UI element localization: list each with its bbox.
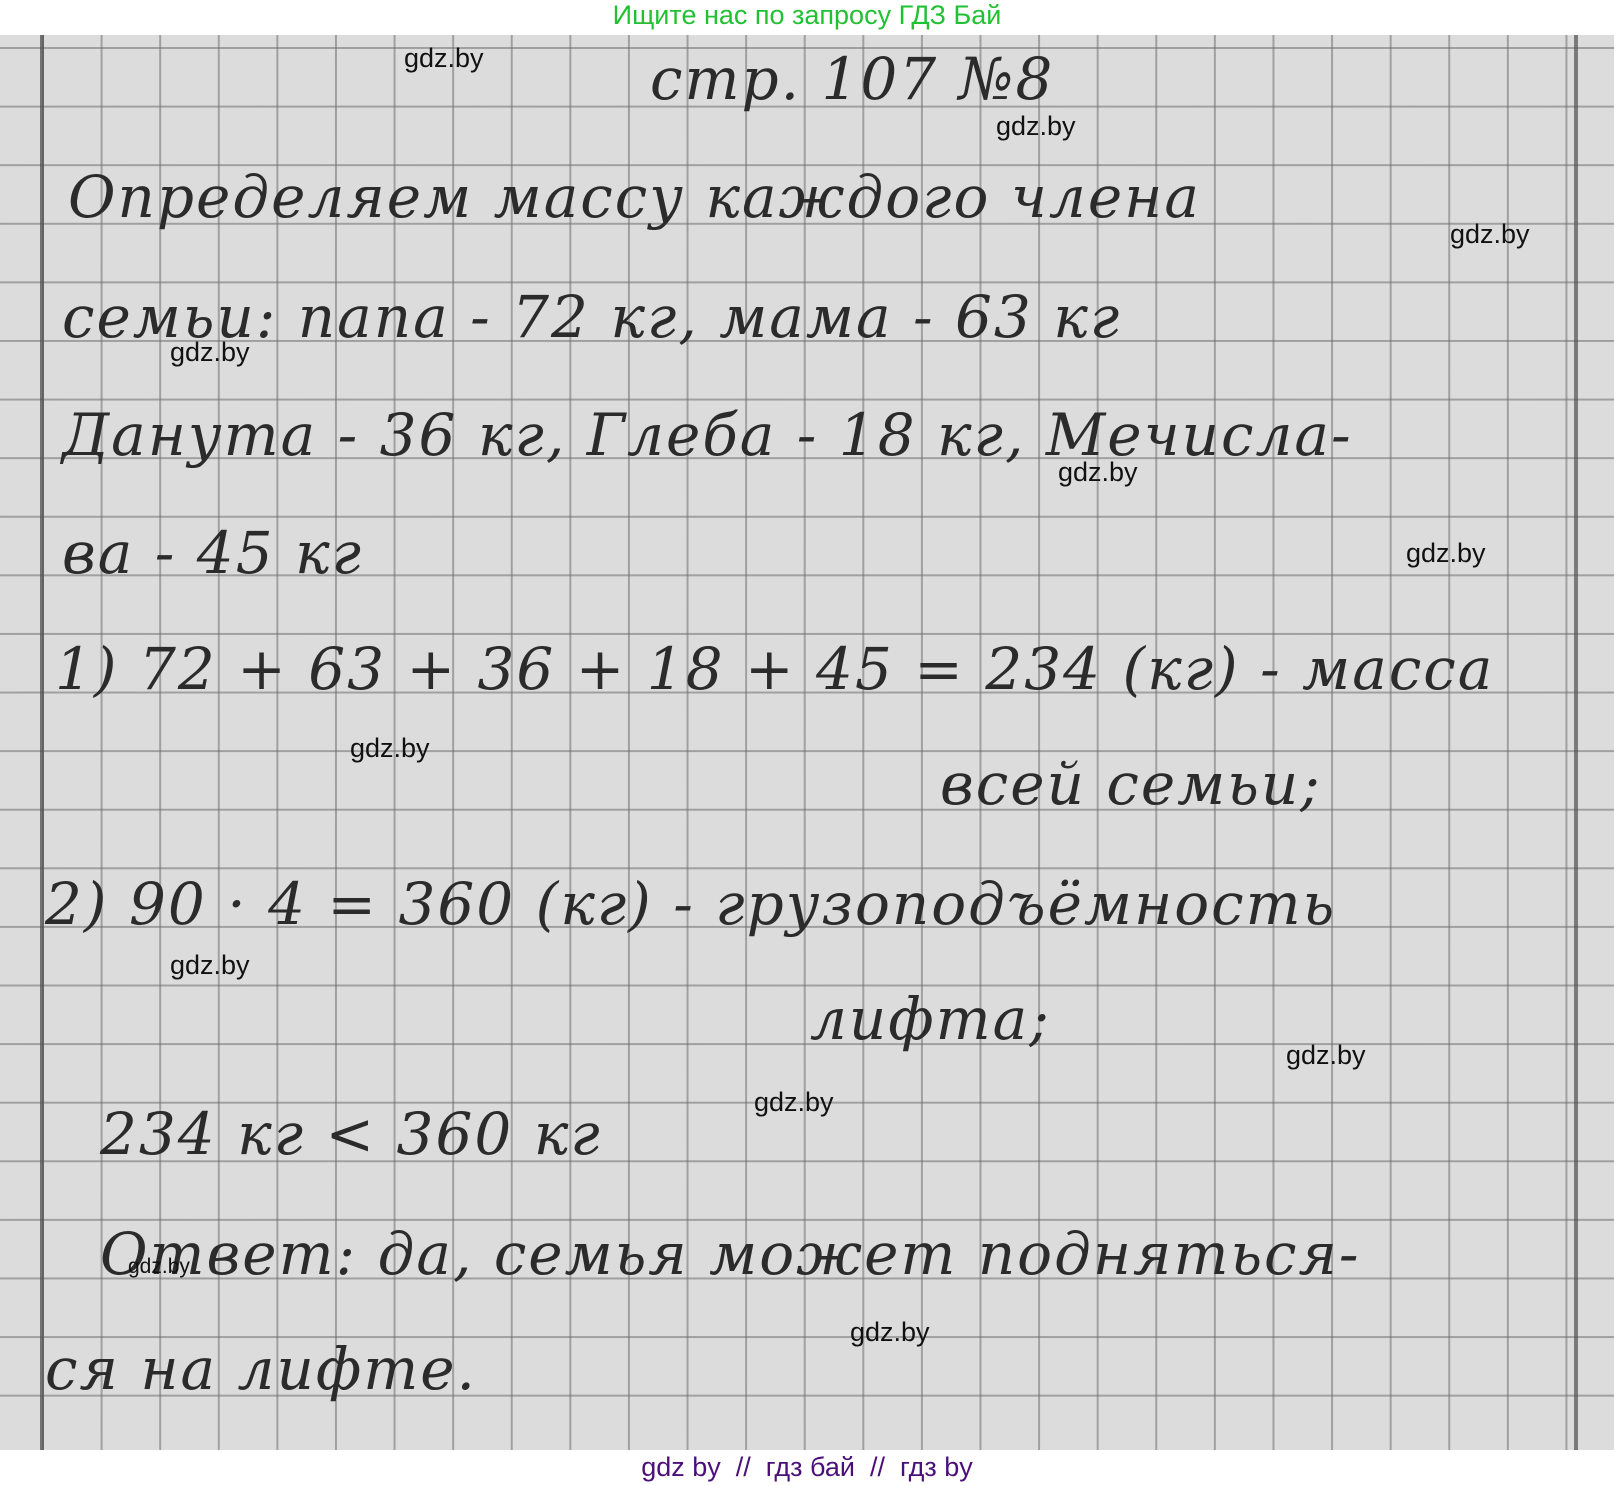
search-banner: Ищите нас по запросу ГДЗ Бай — [0, 0, 1614, 35]
step-2-continuation: лифта; — [810, 985, 1051, 1053]
watermark: gdz.by — [850, 1317, 930, 1348]
page-heading: стр. 107 №8 — [650, 45, 1054, 113]
text-line-1: Определяем массу каждого члена — [68, 163, 1201, 231]
step-1-continuation: всей семьи; — [940, 750, 1322, 818]
watermark: gdz.by — [1406, 538, 1486, 569]
watermark: gdz.by — [1450, 219, 1530, 250]
text-line-3: Данута - 36 кг, Глеба - 18 кг, Мечисла- — [62, 401, 1353, 469]
watermark: gdz.by — [404, 43, 484, 74]
right-margin-line — [1574, 35, 1578, 1450]
watermark: gdz.by — [350, 733, 430, 764]
watermark: gdz.by — [128, 1255, 190, 1279]
watermark: gdz.by — [170, 337, 250, 368]
left-margin-line — [40, 35, 44, 1450]
footer-links: gdz by // гдз бай // гдз by — [0, 1450, 1614, 1485]
notebook-page: стр. 107 №8 Определяем массу каждого чле… — [0, 35, 1614, 1450]
comparison-line: 234 кг < 360 кг — [100, 1100, 602, 1168]
watermark: gdz.by — [170, 950, 250, 981]
watermark: gdz.by — [754, 1087, 834, 1118]
text-line-4: ва - 45 кг — [62, 519, 363, 587]
answer-continuation: ся на лифте. — [45, 1335, 477, 1403]
step-1-line: 1) 72 + 63 + 36 + 18 + 45 = 234 (кг) - м… — [55, 635, 1494, 703]
watermark: gdz.by — [1286, 1040, 1366, 1071]
step-2-line: 2) 90 · 4 = 360 (кг) - грузоподъёмность — [45, 870, 1336, 938]
watermark: gdz.by — [996, 111, 1076, 142]
watermark: gdz.by — [1058, 457, 1138, 488]
answer-line: Ответ: да, семья может подняться- — [100, 1220, 1361, 1288]
